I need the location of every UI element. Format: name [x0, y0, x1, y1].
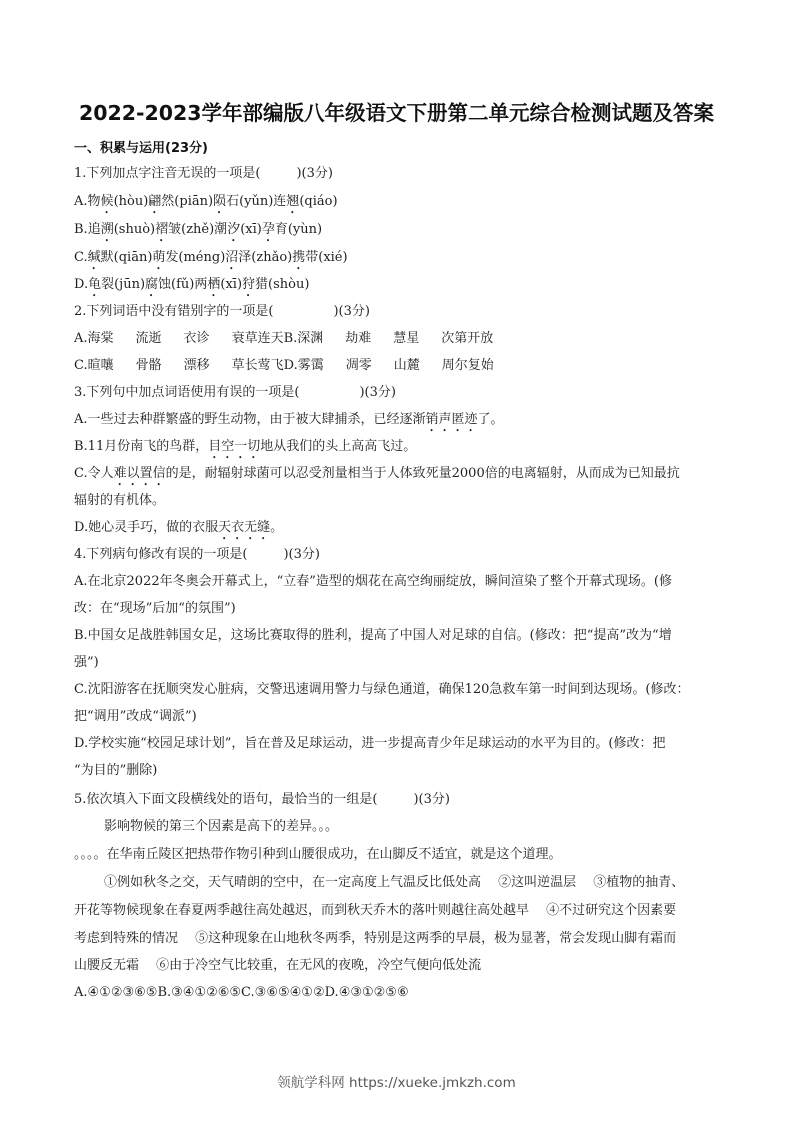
emphasized-char: 溯 — [101, 222, 114, 237]
option-word: 劫难 — [345, 331, 371, 346]
q3-option-b: B.11月份南飞的鸟群，目空一切地从我们的头上高高飞过。 — [74, 438, 416, 462]
text: 带(xié) — [305, 250, 347, 265]
footer-watermark: 领航学科网 https://xueke.jmkzh.com — [0, 1071, 793, 1091]
q5-passage-line-1: 影响物候的第三个因素是高下的差异。。。 — [104, 818, 338, 836]
emphasized-phrase: 难以置信 — [114, 466, 166, 481]
emphasized-phrase: 销声匿迹 — [426, 412, 478, 427]
option-word: 漂移 — [184, 358, 210, 373]
document-title: 2022-2023学年部编版八年级语文下册第二单元综合检测试题及答案 — [0, 96, 793, 126]
option-label: C. — [74, 250, 88, 265]
emphasized-char: 候 — [101, 194, 114, 209]
question-points: )(3分) — [296, 166, 333, 181]
emphasized-char: 沼 — [225, 250, 238, 265]
emphasized-char: 龟 — [88, 277, 101, 292]
text: A.一些过去种群繁盛的野生动物，由于被大肆捕杀，已经逐渐 — [74, 412, 426, 427]
emphasized-char: 携 — [292, 250, 305, 265]
q4-line: 改：在“现场”后加“的氛围”) — [74, 600, 236, 618]
option-word: C.暄嚷 — [74, 358, 114, 373]
option-word: 衰草连天B.深渊 — [232, 331, 324, 346]
q5-answer-options: A.④①②③⑥⑤B.③④①②⑥⑤C.③⑥⑤④①②D.④③①②⑤⑥ — [74, 984, 409, 1002]
q5-items-line: ①例如秋冬之交，天气晴朗的空中，在一定高度上气温反比低处高 ②这叫逆温层 ③植物… — [104, 874, 684, 892]
text: 裂(jūn) — [101, 277, 145, 292]
option-label: A. — [74, 194, 88, 209]
question-points: )(3分) — [413, 792, 450, 807]
text: 物 — [88, 194, 101, 209]
q3-option-c-cont: 辐射的有机体。 — [74, 492, 165, 510]
question-points: )(3分) — [359, 385, 396, 400]
question-1-stem: 1.下列加点字注音无误的一项是()(3分) — [74, 165, 333, 183]
option-word: 流逝 — [136, 331, 162, 346]
text: 了。 — [478, 412, 504, 427]
question-stem-text: 1.下列加点字注音无误的一项是( — [74, 166, 260, 181]
text: (shuò) — [114, 222, 155, 237]
emphasized-char: 狩 — [242, 277, 255, 292]
text: 猎(shòu) — [255, 277, 309, 292]
text: D.她心灵手巧，做的衣服 — [74, 520, 218, 535]
q2-options-row-2: C.暄嚷骨骼漂移草长莺飞D.雾霭凋零山麓周尔复始 — [74, 357, 494, 375]
text: 默(qiān) — [101, 250, 153, 265]
q1-option-a: A.物候(hòu)翩然(piān)陨石(yǔn)连翘(qiáo) — [74, 193, 338, 217]
emphasized-phrase: 目空一切 — [208, 439, 260, 454]
emphasized-char: 汐 — [227, 222, 240, 237]
q1-option-c: C.缄默(qiān)萌发(méng)沼泽(zhǎo)携带(xié) — [74, 249, 348, 273]
text: (hòu) — [114, 194, 149, 209]
text: 皱(zhě)潮 — [168, 222, 227, 237]
q4-line: B.中国女足战胜韩国女足，这场比赛取得的胜利，提高了中国人对足球的自信。(修改：… — [74, 627, 672, 645]
option-word: 山麓 — [394, 358, 420, 373]
option-word: 草长莺飞D.雾霭 — [232, 358, 324, 373]
text: 育(yùn) — [275, 222, 322, 237]
option-word: 周尔复始 — [442, 358, 494, 373]
question-2-stem: 2.下列词语中没有错别字的一项是()(3分) — [74, 303, 370, 321]
q4-line: D.学校实施“校园足球计划”，旨在普及足球运动，进一步提高青少年足球运动的水平为… — [74, 735, 665, 753]
text: 追 — [88, 222, 101, 237]
question-5-stem: 5.依次填入下面文段横线处的语句，最恰当的一组是()(3分) — [74, 791, 450, 809]
option-label: B. — [74, 222, 88, 237]
text: 然(piān) — [161, 194, 213, 209]
q4-line: 强”) — [74, 654, 99, 672]
q3-option-a: A.一些过去种群繁盛的野生动物，由于被大肆捕杀，已经逐渐销声匿迹了。 — [74, 411, 504, 435]
question-points: )(3分) — [283, 547, 320, 562]
question-3-stem: 3.下列句中加点词语使用有误的一项是()(3分) — [74, 384, 396, 402]
q1-option-b: B.追溯(shuò)褶皱(zhě)潮汐(xī)孕育(yùn) — [74, 221, 322, 245]
text: 发(méng) — [165, 250, 225, 265]
text: 泽(zhǎo) — [238, 250, 292, 265]
text: 。 — [270, 520, 283, 535]
q5-passage-line-2: 。。。。在华南丘陵区把热带作物引种到山腰很成功，在山脚反不适宜，就是这个道理。 — [74, 846, 562, 864]
q4-line: “为目的”删除) — [74, 762, 157, 780]
text: C.令人 — [74, 466, 114, 481]
question-stem-text: 4.下列病句修改有误的一项是( — [74, 547, 247, 562]
exam-page: 2022-2023学年部编版八年级语文下册第二单元综合检测试题及答案 一、积累与… — [0, 0, 793, 1122]
text: B.11月份南飞的鸟群， — [74, 439, 208, 454]
text: (qiáo) — [299, 194, 337, 209]
q3-option-c: C.令人难以置信的是，耐辐射球菌可以忍受剂量相当于人体致死量2000倍的电离辐射… — [74, 465, 680, 489]
option-word: 衣诊 — [184, 331, 210, 346]
q4-line: 把“调用”改成“调派”) — [74, 708, 197, 726]
emphasized-phrase: 天衣无缝 — [218, 520, 270, 535]
emphasized-char: 栖 — [207, 277, 220, 292]
emphasized-char: 萌 — [152, 250, 165, 265]
emphasized-char: 孕 — [262, 222, 275, 237]
option-word: A.海棠 — [74, 331, 114, 346]
q5-items-line: 考虑到特殊的情况 ⑤这种现象在山地秋冬两季，特别是这两季的早晨，极为显著，常会发… — [74, 930, 676, 948]
q2-options-row-1: A.海棠流逝衣诊衰草连天B.深渊劫难慧星次第开放 — [74, 330, 493, 348]
q5-items-line: 山腰反无霜 ⑥由于冷空气比较重，在无风的夜晚，冷空气便向低处流 — [74, 957, 481, 975]
emphasized-char: 陨 — [213, 194, 226, 209]
q5-items-line: 开花等物候现象在春夏两季越往高处越迟，而到秋天乔木的落叶则越往高处越早 ④不过研… — [74, 902, 676, 920]
emphasized-char: 褶 — [155, 222, 168, 237]
q4-line: A.在北京2022年冬奥会开幕式上，“立春”造型的烟花在高空绚丽绽放，瞬间渲染了… — [74, 573, 672, 591]
section-heading: 一、积累与运用(23分) — [74, 137, 208, 156]
text: 的是，耐辐射球菌可以忍受剂量相当于人体致死量2000倍的电离辐射，从而成为已知最… — [166, 466, 680, 481]
question-points: )(3分) — [333, 304, 370, 319]
q1-option-d: D.龟裂(jūn)腐蚀(fǔ)两栖(xī)狩猎(shòu) — [74, 276, 309, 300]
option-word: 慧星 — [393, 331, 419, 346]
text: 地从我们的头上高高飞过。 — [260, 439, 416, 454]
question-stem-text: 5.依次填入下面文段横线处的语句，最恰当的一组是( — [74, 792, 377, 807]
option-word: 骨骼 — [136, 358, 162, 373]
question-stem-text: 3.下列句中加点词语使用有误的一项是( — [74, 385, 299, 400]
text: (xī) — [220, 277, 242, 292]
question-4-stem: 4.下列病句修改有误的一项是()(3分) — [74, 546, 320, 564]
text: (xī) — [240, 222, 262, 237]
option-word: 凋零 — [346, 358, 372, 373]
q4-line: C.沈阳游客在抚顺突发心脏病，交警迅速调用警力与绿色通道，确保120急救车第一时… — [74, 681, 690, 699]
text: 石(yǔn)连 — [226, 194, 286, 209]
emphasized-char: 腐 — [145, 277, 158, 292]
emphasized-char: 缄 — [88, 250, 101, 265]
question-stem-text: 2.下列词语中没有错别字的一项是( — [74, 304, 273, 319]
option-word: 次第开放 — [441, 331, 493, 346]
text: 蚀(fǔ)两 — [158, 277, 207, 292]
option-label: D. — [74, 277, 88, 292]
emphasized-char: 翩 — [148, 194, 161, 209]
q3-option-d: D.她心灵手巧，做的衣服天衣无缝。 — [74, 519, 283, 543]
emphasized-char: 翘 — [286, 194, 299, 209]
